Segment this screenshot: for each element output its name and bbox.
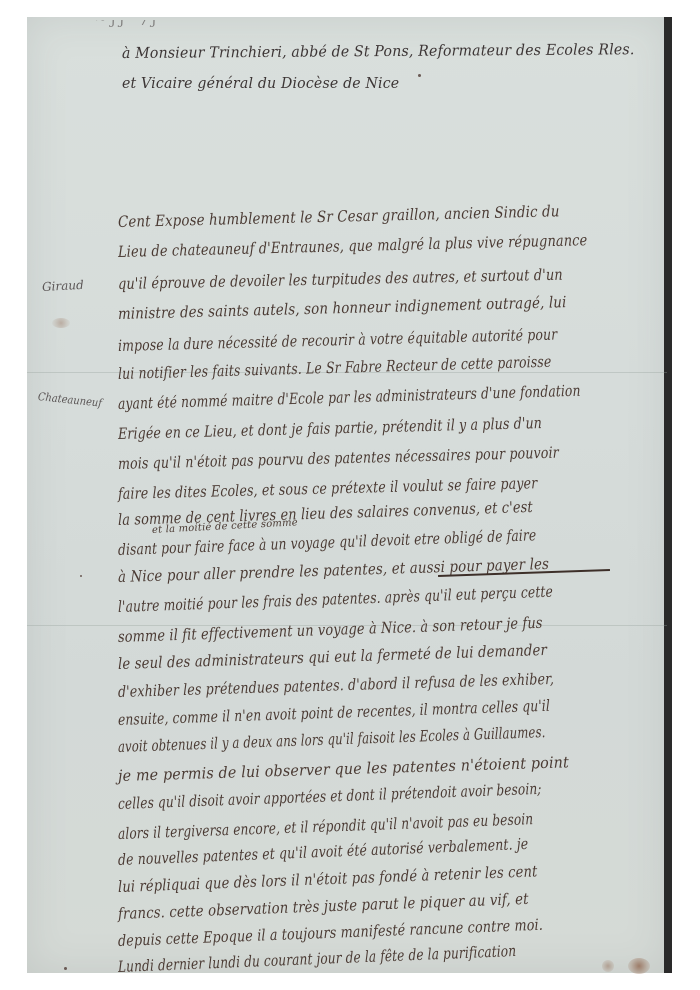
page-edge-shadow [664, 17, 672, 973]
ink-stain [602, 960, 614, 972]
paper-speck [64, 967, 67, 970]
paper-speck [80, 575, 82, 577]
top-fragment: ~ ʃ ʃ · ·/ ʃ [95, 12, 156, 28]
margin-note: Giraud [42, 278, 84, 294]
paper-speck [418, 74, 421, 77]
ink-stain [628, 958, 650, 974]
address-line-2: et Vicaire général du Diocèse de Nice [122, 74, 399, 92]
address-line-1: à Monsieur Trinchieri, abbé de St Pons, … [122, 40, 635, 62]
paper-stain [52, 318, 70, 328]
